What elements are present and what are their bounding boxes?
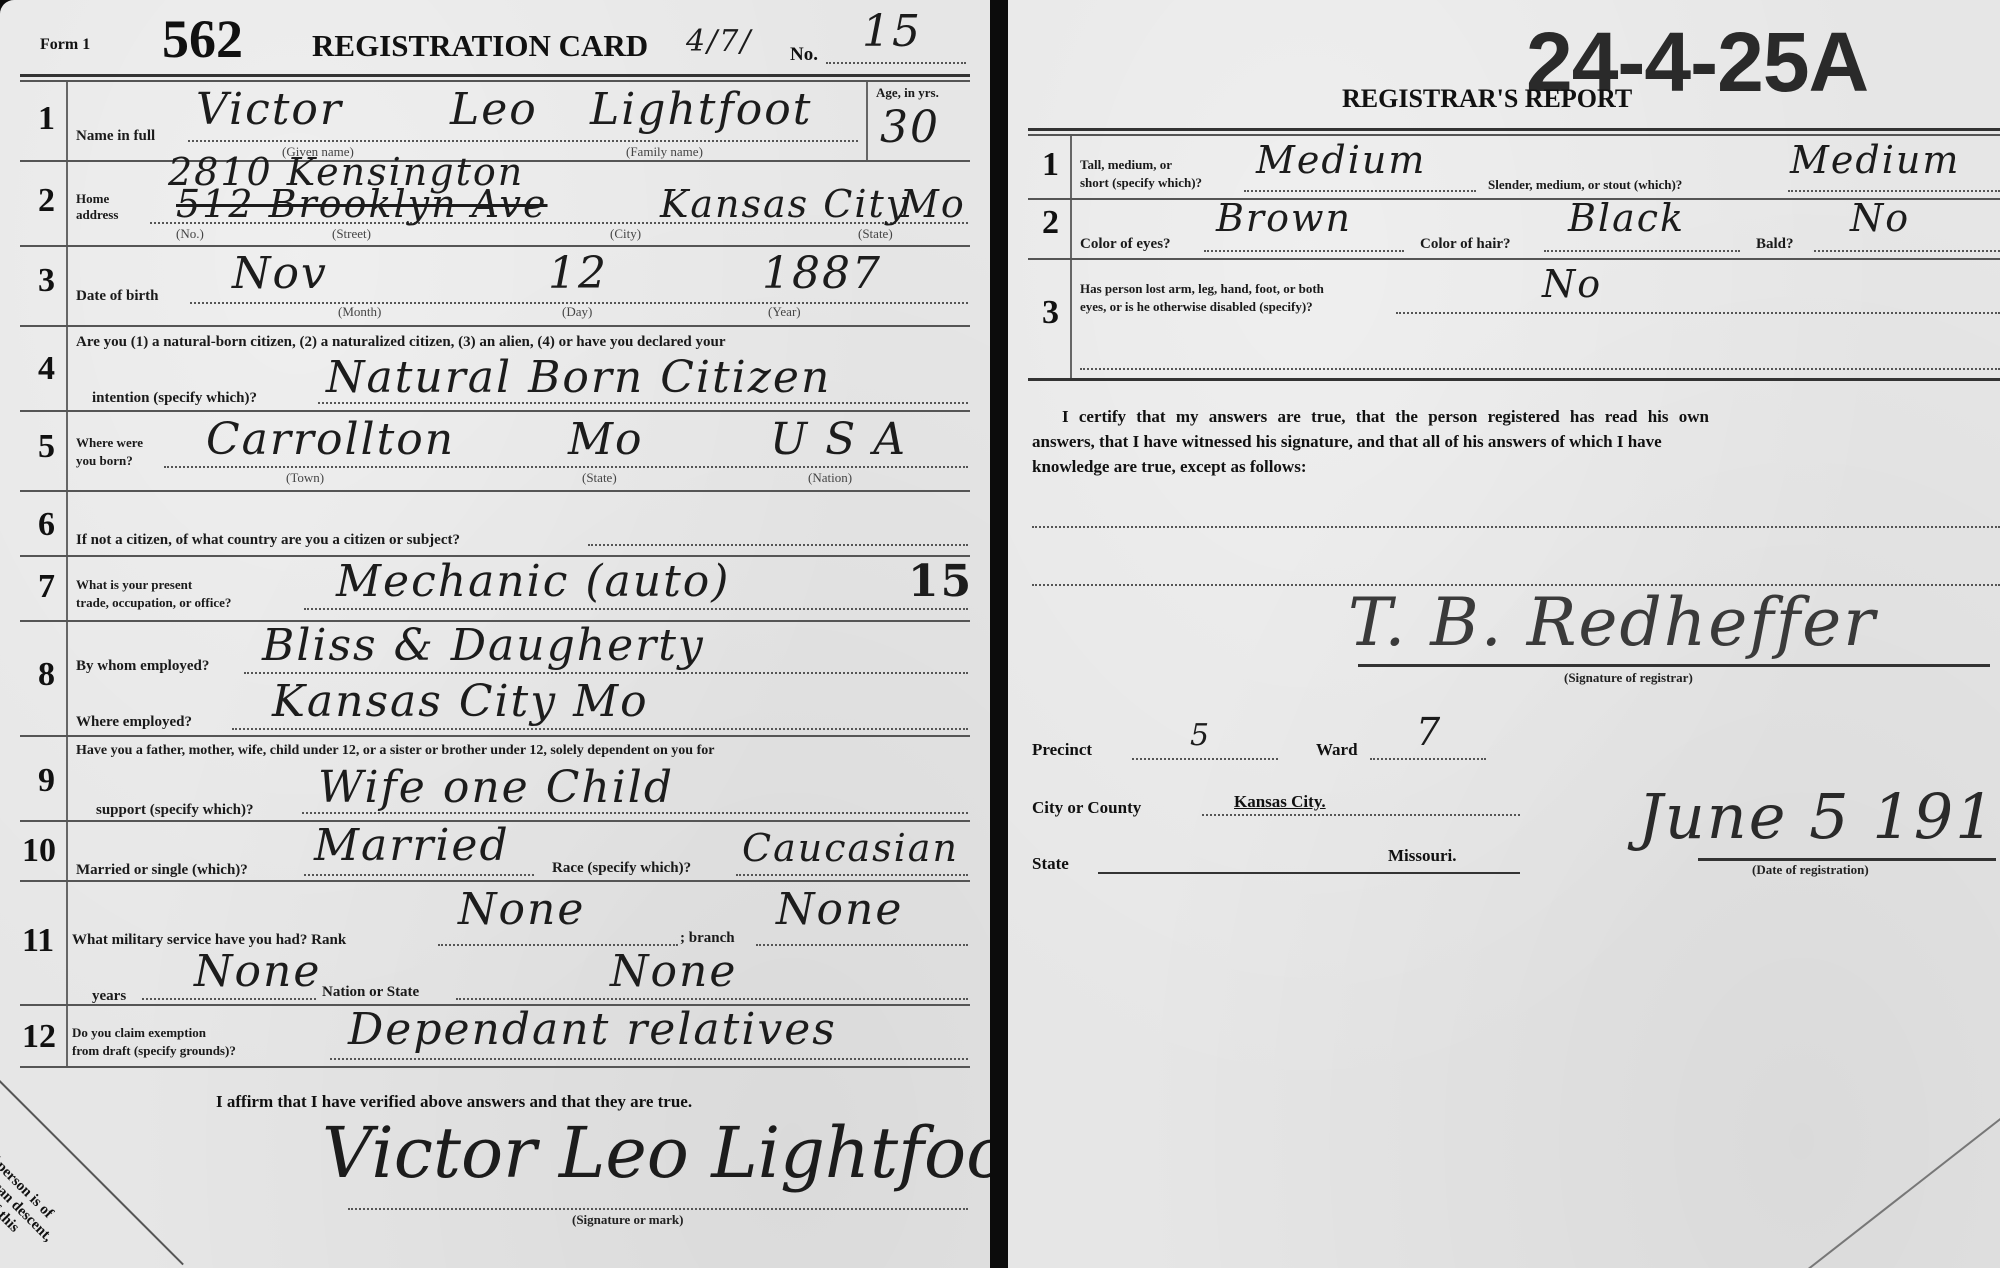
middle-name: Leo [450,84,538,135]
employer-label: By whom employed? [76,658,209,675]
bald-label: Bald? [1756,236,1794,253]
row-number: 7 [38,568,55,606]
occupation-label-2: trade, occupation, or office? [76,594,231,611]
address-label: Home [76,190,109,207]
address-state: Mo [900,182,966,226]
disability-label-2: eyes, or is he otherwise disabled (speci… [1080,298,1313,315]
birth-state: Mo [568,414,644,465]
years-label: years [92,988,126,1005]
family-caption: (Family name) [626,144,703,160]
citizenship-question-2: intention (specify which)? [92,390,257,407]
ward-value: 7 [1416,710,1442,754]
eye-color: Brown [1216,196,1352,240]
race-label: Race (specify which)? [552,860,691,877]
city-county-label: City or County [1032,798,1141,818]
precinct-value: 5 [1190,718,1211,753]
caption-nation: (Nation) [808,470,852,486]
caption-city: (City) [610,226,641,242]
tear-off-note: If person is of African descent, tear of… [0,1148,68,1268]
caption-state: (State) [858,226,893,242]
registration-card: Form 1 562 REGISTRATION CARD 4/7/ No. 15… [0,0,990,1268]
registrar-signature: T. B. Redheffer [1348,584,1877,661]
row-number: 9 [38,762,55,800]
dependents-question: Have you a father, mother, wife, child u… [76,742,714,759]
registrars-report-card: 24-4-25A REGISTRAR'S REPORT 1 Tall, medi… [1008,0,2000,1268]
row-number: 2 [38,182,55,220]
birth-month: Nov [232,248,328,299]
row-number: 1 [38,100,55,138]
military-years: None [194,946,321,997]
row-number: 5 [38,428,55,466]
occupation-answer: Mechanic (auto) [336,556,730,607]
military-branch: None [776,884,903,935]
ward-label: Ward [1316,740,1358,760]
report-title: REGISTRAR'S REPORT [1342,84,1632,114]
certification-statement: I certify that my answers are true, that… [1032,404,1992,479]
military-rank: None [458,884,585,935]
height-label: Tall, medium, or [1080,156,1172,173]
family-name: Lightfoot [590,84,812,135]
exemption-label: Do you claim exemption [72,1024,206,1041]
card-title: REGISTRATION CARD [312,28,648,64]
card-number-label: No. [790,44,818,66]
branch-label: ; branch [680,930,735,947]
card-number-value: 15 [862,6,922,57]
row-number: 11 [22,922,54,960]
address-label-2: address [76,206,118,223]
row-number: 6 [38,506,55,544]
hair-color-label: Color of hair? [1420,236,1511,253]
citizenship-question: Are you (1) a natural-born citizen, (2) … [76,334,726,351]
military-nation: None [610,946,737,997]
registrar-signature-caption: (Signature of registrar) [1564,670,1693,686]
disability-answer: No [1542,262,1602,306]
dependents-answer: Wife one Child [318,762,674,813]
caption-no: (No.) [176,226,204,242]
birth-date-label: Date of birth [76,288,159,305]
birth-day: 12 [548,248,608,299]
address-city: Kansas City [660,182,909,226]
handwritten-reference: 4/7/ [686,24,752,59]
row-number: 8 [38,656,55,694]
build-answer: Medium [1790,138,1960,182]
registrant-signature: Victor Leo Lightfoot [322,1112,990,1194]
row-number: 3 [38,262,55,300]
row-number: 2 [1042,204,1059,242]
exemption-answer: Dependant relatives [348,1004,837,1055]
dependents-question-2: support (specify which)? [96,802,254,819]
caption-town: (Town) [286,470,324,486]
caption-state: (State) [582,470,617,486]
disability-label: Has person lost arm, leg, hand, foot, or… [1080,280,1324,297]
row-number: 3 [1042,294,1059,332]
occupation-label: What is your present [76,576,192,593]
age-label: Age, in yrs. [876,84,939,101]
birth-year: 1887 [762,248,882,299]
age-value: 30 [880,102,940,153]
height-answer: Medium [1256,138,1426,182]
signature-caption: (Signature or mark) [572,1212,683,1228]
eye-color-label: Color of eyes? [1080,236,1171,253]
form-label: Form 1 [40,36,90,54]
city-county-value: Kansas City. [1234,792,1326,812]
birthplace-label: Where were [76,434,143,451]
height-label-2: short (specify which)? [1080,174,1202,191]
exemption-label-2: from draft (specify grounds)? [72,1042,236,1059]
serial-number: 562 [162,8,243,70]
employer: Bliss & Daugherty [262,620,705,671]
corner-crease [1808,1108,2000,1268]
state-value: Missouri. [1388,846,1456,866]
bald-answer: No [1850,196,1910,240]
affirmation-text: I affirm that I have verified above answ… [216,1092,692,1112]
row-number: 10 [22,832,56,870]
name-label: Name in full [76,128,155,145]
occupation-mark: 15 [908,556,973,607]
citizenship-answer: Natural Born Citizen [326,352,831,403]
given-name: Victor [196,84,343,135]
registration-date-caption: (Date of registration) [1752,862,1869,878]
state-label: State [1032,854,1069,874]
employment-location-label: Where employed? [76,714,192,731]
build-label: Slender, medium, or stout (which)? [1488,176,1682,193]
caption-year: (Year) [768,304,801,320]
race: Caucasian [742,826,959,870]
row-number: 4 [38,350,55,388]
registration-date: June 5 1917 [1638,780,2000,853]
hair-color: Black [1568,196,1685,240]
birth-nation: U S A [770,414,907,465]
row-number: 1 [1042,146,1059,184]
caption-street: (Street) [332,226,371,242]
precinct-label: Precinct [1032,740,1092,760]
nation-label: Nation or State [322,984,419,1001]
address-struck: 512 Brooklyn Ave [176,182,548,226]
caption-day: (Day) [562,304,592,320]
foreign-citizenship-question: If not a citizen, of what country are yo… [76,532,460,549]
row-number: 12 [22,1018,56,1056]
birth-town: Carrollton [206,414,455,465]
employment-location: Kansas City Mo [272,676,649,727]
birthplace-label-2: you born? [76,452,133,469]
marital-status: Married [314,820,510,871]
marital-label: Married or single (which)? [76,862,248,879]
caption-month: (Month) [338,304,381,320]
